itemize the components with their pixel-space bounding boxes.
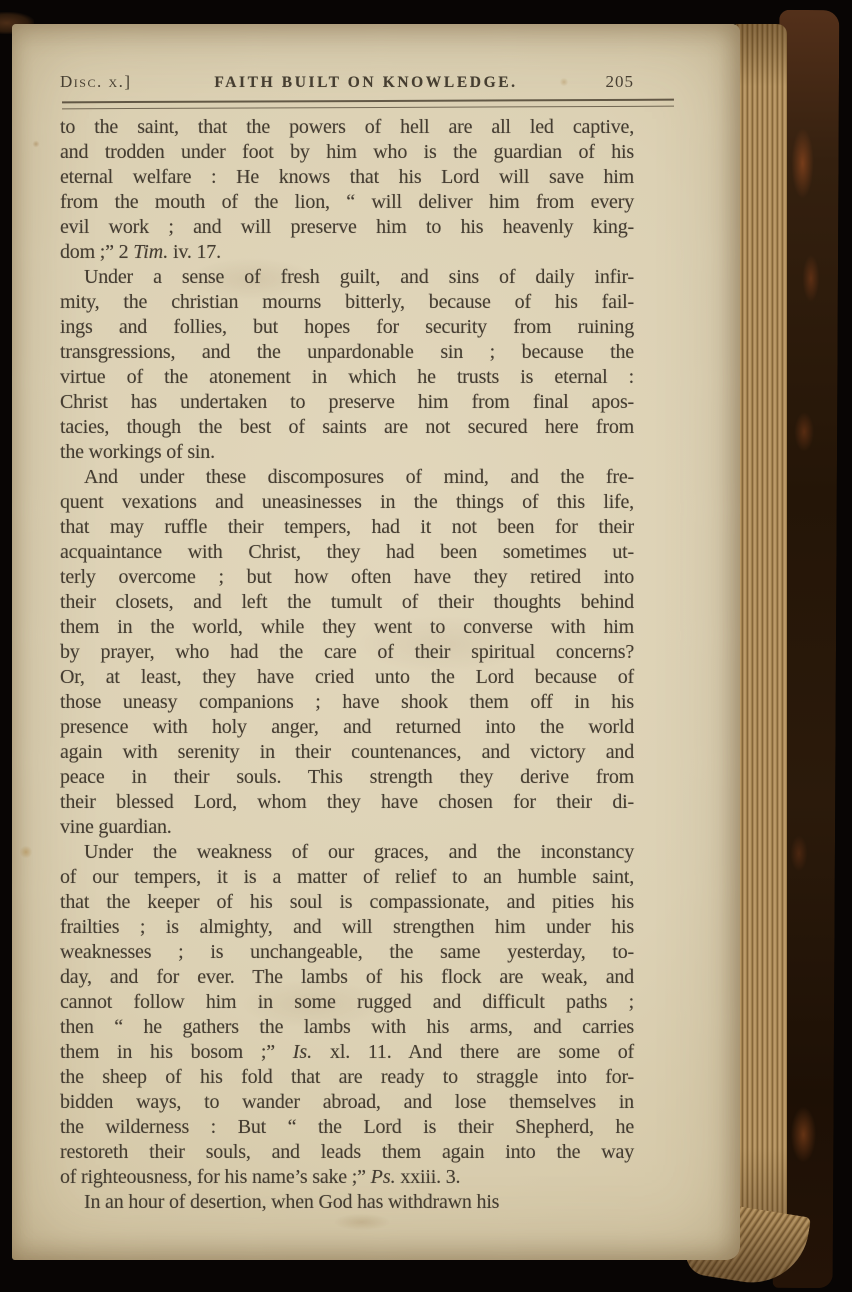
text-line: peace in their souls. This strength they… xyxy=(60,765,634,790)
text-line: again with serenity in their countenance… xyxy=(60,740,634,765)
page-number: 205 xyxy=(606,72,673,92)
text-line: evil work ; and will preserve him to his… xyxy=(60,215,634,240)
text-line: Under a sense of fresh guilt, and sins o… xyxy=(60,265,634,290)
paragraph: And under these discomposures of mind, a… xyxy=(60,465,634,840)
running-head-title: FAITH BUILT ON KNOWLEDGE. xyxy=(214,74,517,92)
text-line: from the mouth of the lion, “ will deliv… xyxy=(60,190,634,215)
header-double-rule xyxy=(62,99,674,110)
paragraph: to the saint, that the powers of hell ar… xyxy=(60,115,634,265)
text-line: mity, the christian mourns bitterly, bec… xyxy=(60,290,634,315)
paragraph: Under the weakness of our graces, and th… xyxy=(60,840,634,1190)
text-line: them in his bosom ;” Is. xl. 11. And the… xyxy=(60,1040,634,1065)
text-line: cannot follow him in some rugged and dif… xyxy=(60,990,634,1015)
text-line: then “ he gathers the lambs with his arm… xyxy=(60,1015,634,1040)
text-line: the workings of sin. xyxy=(60,440,634,465)
text-line: vine guardian. xyxy=(60,815,634,840)
photo-background: { "header": { "left": "Disc. x.]", "titl… xyxy=(0,0,852,1292)
text-line: the wilderness : But “ the Lord is their… xyxy=(60,1115,634,1140)
text-line: their blessed Lord, whom they have chose… xyxy=(60,790,634,815)
text-line: by prayer, who had the care of their spi… xyxy=(60,640,634,665)
text-line: day, and for ever. The lambs of his floc… xyxy=(60,965,634,990)
text-line: bidden ways, to wander abroad, and lose … xyxy=(60,1090,634,1115)
running-head: Disc. x.] FAITH BUILT ON KNOWLEDGE. 205 xyxy=(60,72,672,98)
text-line: Christ has undertaken to preserve him fr… xyxy=(60,390,634,415)
paragraph: In an hour of desertion, when God has wi… xyxy=(60,1190,634,1215)
text-line: frailties ; is almighty, and will streng… xyxy=(60,915,634,940)
running-head-discourse-label: Disc. x.] xyxy=(60,72,132,92)
text-line: restoreth their souls, and leads them ag… xyxy=(60,1140,634,1165)
text-line: Under the weakness of our graces, and th… xyxy=(60,840,634,865)
body-text: to the saint, that the powers of hell ar… xyxy=(60,115,634,1215)
text-line: of our tempers, it is a matter of relief… xyxy=(60,865,634,890)
text-line: virtue of the atonement in which he trus… xyxy=(60,365,634,390)
text-line: those uneasy companions ; have shook the… xyxy=(60,690,634,715)
text-line: eternal welfare : He knows that his Lord… xyxy=(60,165,634,190)
book-page: Disc. x.] FAITH BUILT ON KNOWLEDGE. 205 … xyxy=(12,24,740,1260)
text-line: that may ruffle their tempers, had it no… xyxy=(60,515,634,540)
text-line: the sheep of his fold that are ready to … xyxy=(60,1065,634,1090)
text-line: their closets, and left the tumult of th… xyxy=(60,590,634,615)
text-line: to the saint, that the powers of hell ar… xyxy=(60,115,634,140)
text-line: And under these discomposures of mind, a… xyxy=(60,465,634,490)
text-line: transgressions, and the unpardonable sin… xyxy=(60,340,634,365)
paragraph: Under a sense of fresh guilt, and sins o… xyxy=(60,265,634,465)
text-line: that the keeper of his soul is compassio… xyxy=(60,890,634,915)
text-line: ings and follies, but hopes for security… xyxy=(60,315,634,340)
book-page-edges xyxy=(735,24,787,1272)
text-line: terly overcome ; but how often have they… xyxy=(60,565,634,590)
text-line: weaknesses ; is unchangeable, the same y… xyxy=(60,940,634,965)
text-line: presence with holy anger, and returned i… xyxy=(60,715,634,740)
text-line: quent vexations and uneasinesses in the … xyxy=(60,490,634,515)
text-line: of righteousness, for his name’s sake ;”… xyxy=(60,1165,634,1190)
text-line: them in the world, while they went to co… xyxy=(60,615,634,640)
text-line: dom ;” 2 Tim. iv. 17. xyxy=(60,240,634,265)
text-line: tacies, though the best of saints are no… xyxy=(60,415,634,440)
text-line: and trodden under foot by him who is the… xyxy=(60,140,634,165)
text-line: In an hour of desertion, when God has wi… xyxy=(60,1190,634,1215)
text-line: acquaintance with Christ, they had been … xyxy=(60,540,634,565)
text-line: Or, at least, they have cried unto the L… xyxy=(60,665,634,690)
